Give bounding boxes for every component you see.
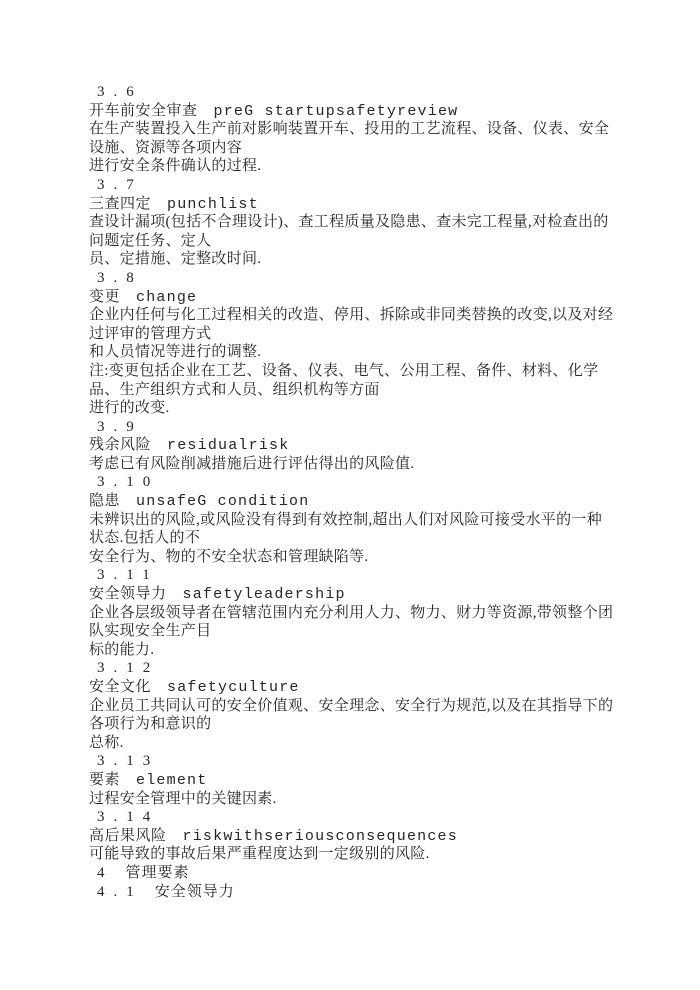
- term-zh: 安全文化: [89, 679, 151, 695]
- chapter-title: 管理要素: [126, 865, 190, 881]
- definition-line: 标的能力.: [89, 641, 649, 660]
- term-line: 安全文化safetyculture: [89, 678, 649, 697]
- definition-line: 在生产装置投入生产前对影响装置开车、投用的工艺流程、设备、仪表、安全: [89, 120, 649, 139]
- term-zh: 变更: [89, 289, 120, 305]
- section-number: 3.12: [89, 659, 649, 678]
- section-number: 3.6: [89, 83, 649, 102]
- term-en: element: [136, 772, 207, 789]
- term-en: change: [136, 289, 197, 306]
- definition-line: 队实现安全生产目: [89, 622, 649, 641]
- definition-line: 过评审的管理方式: [89, 325, 649, 344]
- term-en: preG startupsafetyreview: [214, 103, 459, 120]
- document-page: 3.6 开车前安全审查preG startupsafetyreview 在生产装…: [0, 0, 700, 990]
- definition-line: 企业员工共同认可的安全价值观、安全理念、安全行为规范,以及在其指导下的: [89, 697, 649, 716]
- definition-line: 问题定任务、定人: [89, 232, 649, 251]
- term-zh: 开车前安全审查: [89, 103, 198, 119]
- term-zh: 残余风险: [89, 437, 151, 453]
- definition-line: 进行安全条件确认的过程.: [89, 157, 649, 176]
- term-zh: 安全领导力: [89, 586, 167, 602]
- term-en: safetyleadership: [183, 586, 346, 603]
- section-number: 3.11: [89, 566, 649, 585]
- definition-section: 3.8 变更change 企业内任何与化工过程相关的改造、停用、拆除或非同类替换…: [89, 269, 649, 418]
- definition-section: 3.11 安全领导力safetyleadership 企业各层级领导者在管辖范围…: [89, 566, 649, 659]
- definition-section: 3.10 隐患unsafeG condition 未辨识出的风险,或风险没有得到…: [89, 473, 649, 566]
- definition-section: 3.7 三查四定punchlist 查设计漏项(包括不合理设计)、查工程质量及隐…: [89, 176, 649, 269]
- definition-line: 状态.包括人的不: [89, 529, 649, 548]
- definition-line: 可能导致的事故后果严重程度达到一定级别的风险.: [89, 845, 649, 864]
- definition-note-line: 注:变更包括企业在工艺、设备、仪表、电气、公用工程、备件、材料、化学: [89, 362, 649, 381]
- term-zh: 要素: [89, 772, 120, 788]
- definition-note-line: 进行的改变.: [89, 399, 649, 418]
- term-line: 变更change: [89, 288, 649, 307]
- subchapter-number: 4.1: [97, 884, 143, 900]
- term-zh: 高后果风险: [89, 828, 167, 844]
- definition-line: 总称.: [89, 734, 649, 753]
- term-en: residualrisk: [167, 437, 289, 454]
- subchapter-title: 安全领导力: [155, 884, 235, 900]
- term-line: 要素element: [89, 771, 649, 790]
- section-number: 3.9: [89, 418, 649, 437]
- term-zh: 隐患: [89, 493, 120, 509]
- chapter-number: 4: [97, 865, 114, 881]
- definition-section: 3.6 开车前安全审查preG startupsafetyreview 在生产装…: [89, 83, 649, 176]
- term-zh: 三查四定: [89, 196, 151, 212]
- definition-line: 企业各层级领导者在管辖范围内充分利用人力、物力、财力等资源,带领整个团: [89, 604, 649, 623]
- chapter-heading: 4管理要素: [89, 864, 649, 883]
- term-en: unsafeG condition: [136, 493, 309, 510]
- definition-line: 查设计漏项(包括不合理设计)、查工程质量及隐患、查未完工程量,对检查出的: [89, 213, 649, 232]
- term-line: 三查四定punchlist: [89, 195, 649, 214]
- subchapter-heading: 4.1安全领导力: [89, 883, 649, 902]
- definition-section: 3.9 残余风险residualrisk 考虑已有风险削减措施后进行评估得出的风…: [89, 418, 649, 474]
- definition-line: 考虑已有风险削减措施后进行评估得出的风险值.: [89, 455, 649, 474]
- definition-section: 3.14 高后果风险riskwithseriousconsequences 可能…: [89, 808, 649, 864]
- section-number: 3.10: [89, 473, 649, 492]
- document-text-block: 3.6 开车前安全审查preG startupsafetyreview 在生产装…: [89, 83, 649, 901]
- definition-line: 各项行为和意识的: [89, 715, 649, 734]
- term-en: safetyculture: [167, 679, 300, 696]
- term-line: 开车前安全审查preG startupsafetyreview: [89, 102, 649, 121]
- section-number: 3.13: [89, 752, 649, 771]
- definition-line: 企业内任何与化工过程相关的改造、停用、拆除或非同类替换的改变,以及对经: [89, 306, 649, 325]
- definition-line: 和人员情况等进行的调整.: [89, 343, 649, 362]
- term-en: punchlist: [167, 196, 259, 213]
- definition-line: 未辨识出的风险,或风险没有得到有效控制,超出人们对风险可接受水平的一种: [89, 511, 649, 530]
- definition-line: 安全行为、物的不安全状态和管理缺陷等.: [89, 548, 649, 567]
- term-en: riskwithseriousconsequences: [183, 828, 458, 845]
- definition-section: 3.13 要素element 过程安全管理中的关键因素.: [89, 752, 649, 808]
- definition-line: 过程安全管理中的关键因素.: [89, 790, 649, 809]
- term-line: 安全领导力safetyleadership: [89, 585, 649, 604]
- section-number: 3.7: [89, 176, 649, 195]
- section-number: 3.8: [89, 269, 649, 288]
- term-line: 隐患unsafeG condition: [89, 492, 649, 511]
- definition-line: 设施、资源等各项内容: [89, 139, 649, 158]
- term-line: 高后果风险riskwithseriousconsequences: [89, 827, 649, 846]
- definition-note-line: 品、生产组织方式和人员、组织机构等方面: [89, 381, 649, 400]
- term-line: 残余风险residualrisk: [89, 436, 649, 455]
- section-number: 3.14: [89, 808, 649, 827]
- definition-section: 3.12 安全文化safetyculture 企业员工共同认可的安全价值观、安全…: [89, 659, 649, 752]
- definition-line: 员、定措施、定整改时间.: [89, 250, 649, 269]
